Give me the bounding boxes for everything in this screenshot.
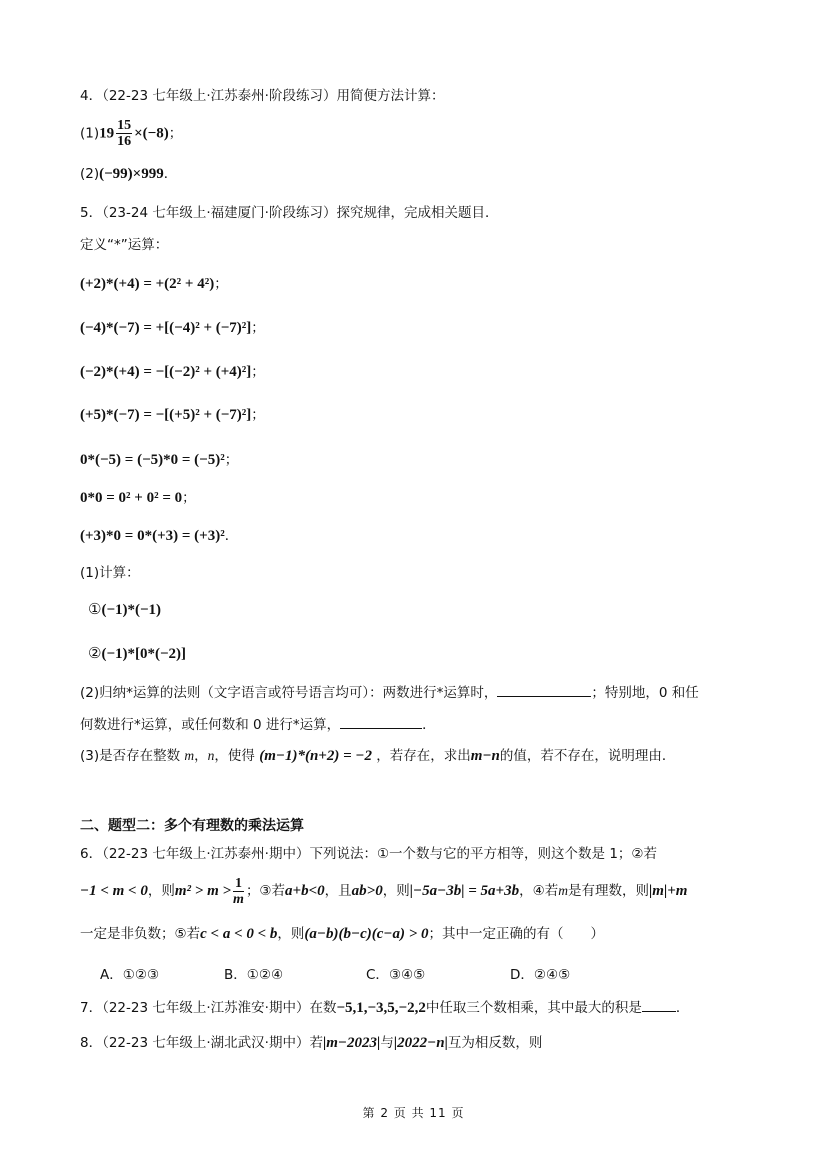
punct: ； (214, 276, 228, 292)
option-value: ①②④ (247, 967, 283, 983)
q5-example-6: 0*0 = 0² + 0² = 0； (80, 488, 196, 508)
q5-example-5: 0*(−5) = (−5)*0 = (−5)²； (80, 450, 238, 470)
q4-part2-label: (2) (80, 166, 99, 182)
fraction-numerator: 15 (116, 118, 132, 134)
item-expr: (−1)*(−1) (101, 602, 161, 618)
q7: 7．（22-23 七年级上·江苏淮安·期中）在数−5,1,−3,5,−2,2中任… (80, 997, 689, 1018)
text: ；③若 (246, 883, 285, 899)
text: ；其中一定正确的有（ ） (429, 926, 605, 942)
text: ，若存在，求出 (376, 748, 471, 764)
fraction-numerator: 1 (233, 876, 244, 892)
q5-header: 5．（23-24 七年级上·福建厦门·阶段练习）探究规律，完成相关题目． (80, 203, 498, 223)
fraction: 1m (233, 876, 244, 907)
text: ；特别地，0 和任 (591, 685, 698, 701)
fraction-denominator: m (233, 892, 244, 907)
expr: a+b<0 (285, 883, 325, 899)
q5-part3-expr: (m−1)*(n+2) = −2 (259, 748, 372, 764)
text: ，④若 (519, 883, 558, 899)
q5-example-2: (−4)*(−7) = +[(−4)² + (−7)²]； (80, 318, 265, 338)
option-label: B． (224, 967, 247, 983)
option-label: A． (100, 967, 123, 983)
text: (3)是否存在整数 (80, 748, 180, 764)
text: 一定是非负数；⑤若 (80, 926, 200, 942)
punct: ； (251, 320, 265, 336)
text: 互为相反数，则 (448, 1035, 543, 1051)
q5-define: 定义“*”运算： (80, 235, 168, 255)
expr: |m|+m (649, 883, 688, 899)
text: ，则 (383, 883, 410, 899)
text: ，且 (325, 883, 352, 899)
q4-part2: (2)(−99)×999． (80, 164, 177, 184)
text: 中任取三个数相乘，其中最大的积是 (426, 1000, 642, 1016)
expr: m² > m > (175, 883, 231, 899)
q6-line3: 一定是非负数；⑤若c < a < 0 < b，则(a−b)(b−c)(c−a) … (80, 924, 604, 944)
text: ，使得 (214, 748, 255, 764)
expr: |−5a−3b| = 5a+3b (410, 883, 519, 899)
example-expr: (+5)*(−7) = −[(+5)² + (−7)²] (80, 407, 251, 423)
text: ，则 (148, 883, 175, 899)
page-footer: 第 2 页 共 11 页 (0, 1104, 827, 1121)
expr: ab>0 (352, 883, 383, 899)
q5-part2-line2: 何数进行*运算，或任何数和 0 进行*运算，． (80, 714, 436, 735)
q5-example-3: (−2)*(+4) = −[(−2)² + (+4)²]； (80, 362, 265, 382)
option-value: ③④⑤ (389, 967, 425, 983)
q4-header: 4．（22-23 七年级上·江苏泰州·阶段练习）用简便方法计算： (80, 86, 444, 106)
var-m: m (184, 748, 194, 763)
answer-blank[interactable] (340, 714, 422, 729)
item-expr: (−1)*[0*(−2)] (101, 646, 186, 662)
q4-fraction: 1516 (116, 118, 132, 149)
punct: ． (164, 166, 178, 182)
circled-number: ① (88, 600, 101, 618)
fraction-denominator: 16 (116, 134, 132, 149)
option-value: ①②③ (123, 967, 159, 983)
expr: −1 < m < 0 (80, 883, 148, 899)
punct: ； (182, 490, 196, 506)
example-expr: (+3)*0 = 0*(+3) = (+3)² (80, 528, 225, 544)
q5-part3-expr2: m−n (471, 748, 500, 764)
expr: c < a < 0 < b (200, 926, 277, 942)
example-expr: (−4)*(−7) = +[(−4)² + (−7)²] (80, 320, 251, 336)
punct: ； (225, 452, 239, 468)
answer-blank[interactable] (642, 997, 676, 1012)
circled-number: ② (88, 644, 101, 662)
text: 的值，若不存在，说明理由． (500, 748, 676, 764)
text: 8．（22-23 七年级上·湖北武汉·期中）若 (80, 1035, 323, 1051)
q5-example-1: (+2)*(+4) = +(2² + 4²)； (80, 274, 228, 294)
punct: ； (251, 407, 265, 423)
q5-example-7: (+3)*0 = 0*(+3) = (+3)²． (80, 526, 238, 546)
text: ，则 (277, 926, 304, 942)
q5-part2-line1: (2)归纳*运算的法则（文字语言或符号语言均可）：两数进行*运算时，；特别地，0… (80, 682, 699, 703)
answer-blank[interactable] (497, 682, 591, 697)
expr: |2022−n| (394, 1035, 448, 1051)
example-expr: 0*(−5) = (−5)*0 = (−5)² (80, 452, 225, 468)
q5-part1-item-2: ②(−1)*[0*(−2)] (88, 643, 186, 664)
option-value: ②④⑤ (534, 967, 570, 983)
section-title: 二、题型二：多个有理数的乘法运算 (80, 816, 304, 836)
text: 7．（22-23 七年级上·江苏淮安·期中）在数 (80, 1000, 336, 1016)
option-b[interactable]: B．①②④ (224, 963, 283, 983)
option-c[interactable]: C．③④⑤ (366, 963, 425, 983)
text: 何数进行*运算，或任何数和 0 进行*运算， (80, 717, 340, 733)
expr: (a−b)(b−c)(c−a) > 0 (304, 926, 428, 942)
text: ， (194, 748, 208, 764)
q6-line1: 6．（22-23 七年级上·江苏泰州·期中）下列说法：①一个数与它的平方相等，则… (80, 844, 657, 864)
example-expr: 0*0 = 0² + 0² = 0 (80, 490, 182, 506)
q5-part1-item-1: ①(−1)*(−1) (88, 599, 161, 620)
expr: |m−2023| (323, 1035, 380, 1051)
q4-part2-expr: (−99)×999 (99, 166, 164, 182)
q5-part3: (3)是否存在整数 m，n，使得 (m−1)*(n+2) = −2 ，若存在，求… (80, 746, 675, 766)
q5-example-4: (+5)*(−7) = −[(+5)² + (−7)²]； (80, 405, 265, 425)
example-expr: (−2)*(+4) = −[(−2)² + (+4)²] (80, 364, 251, 380)
text: ． (676, 1000, 690, 1016)
text: (2)归纳*运算的法则（文字语言或符号语言均可）：两数进行*运算时， (80, 685, 497, 701)
q5-part1-label: (1)计算： (80, 563, 140, 583)
q4-part1-label: (1) (80, 126, 99, 142)
q8: 8．（22-23 七年级上·湖北武汉·期中）若|m−2023|与|2022−n|… (80, 1033, 542, 1053)
text: 与 (380, 1035, 394, 1051)
var-m: m (558, 883, 568, 898)
q4-part1: (1)191516×(−8)； (80, 118, 182, 148)
option-d[interactable]: D．②④⑤ (510, 963, 570, 983)
q4-part1-rest: ×(−8) (134, 126, 169, 142)
punct: ． (225, 528, 239, 544)
punct: ； (251, 364, 265, 380)
option-label: D． (510, 967, 534, 983)
option-label: C． (366, 967, 389, 983)
text: 是有理数，则 (568, 883, 649, 899)
number-list: −5,1,−3,5,−2,2 (336, 1000, 425, 1016)
option-a[interactable]: A．①②③ (100, 963, 159, 983)
text: ． (422, 717, 436, 733)
q4-whole: 19 (99, 126, 114, 142)
punct: ； (169, 126, 183, 142)
example-expr: (+2)*(+4) = +(2² + 4²) (80, 276, 214, 292)
q6-line2: −1 < m < 0，则m² > m >1m；③若a+b<0，且ab>0，则|−… (80, 874, 687, 908)
